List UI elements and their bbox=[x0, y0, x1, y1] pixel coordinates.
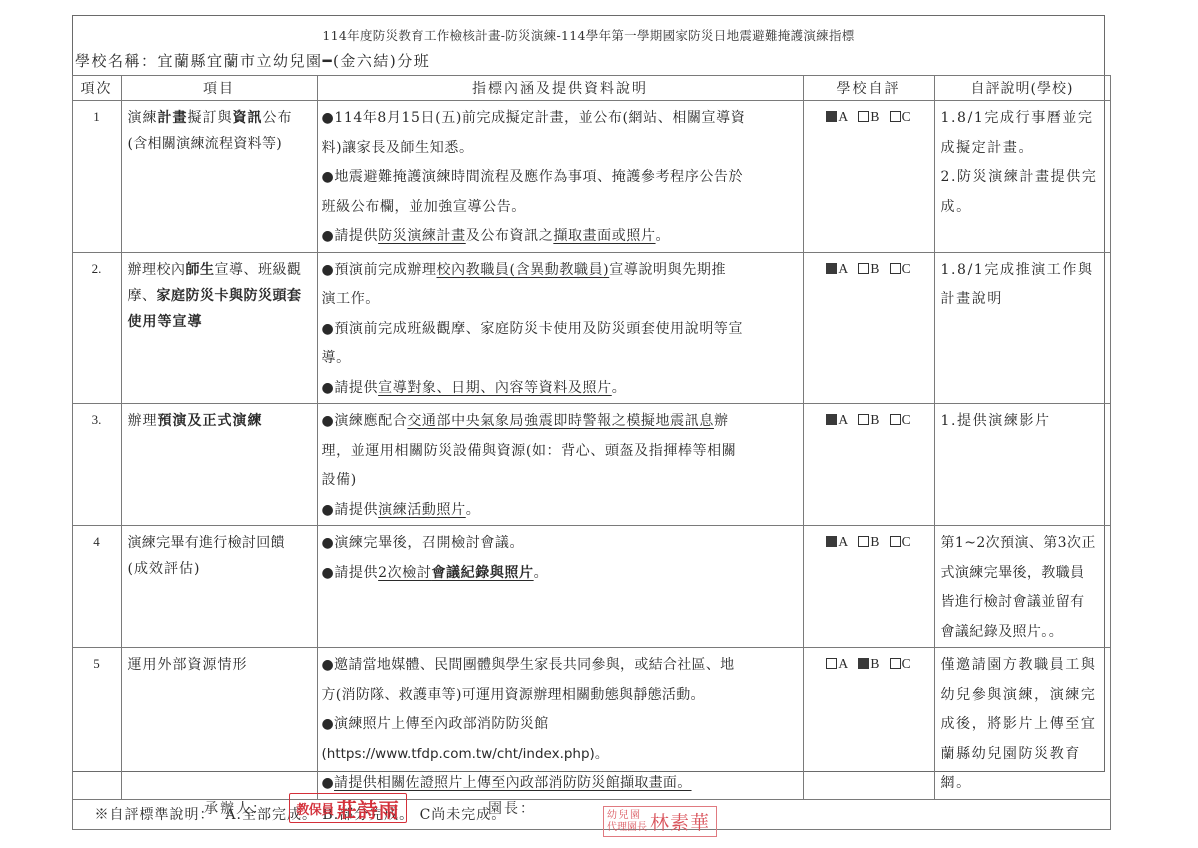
self-eval-options: A B C bbox=[803, 404, 934, 526]
option-c[interactable]: C bbox=[890, 412, 911, 427]
table-row: 5 運用外部資源情形 ●邀請當地媒體、民間團體與學生家長共同參與，或結合社區、地… bbox=[72, 648, 1110, 800]
self-eval-note: 第1~2次預演、第3次正 式演練完畢後，教職員 皆進行檢討會議並留有 會議紀錄及… bbox=[934, 526, 1110, 648]
self-eval-options: A B C bbox=[803, 526, 934, 648]
option-b[interactable]: B bbox=[858, 109, 879, 124]
document-title: 114年度防災教育工作檢核計畫-防災演練-114學年第一學期國家防災日地震避難掩… bbox=[73, 26, 1104, 44]
option-c[interactable]: C bbox=[890, 109, 911, 124]
provide-underlined: 擷取畫面或照片 bbox=[553, 228, 655, 244]
self-eval-options: A B C bbox=[803, 648, 934, 800]
indicator-line: 演工作。 bbox=[322, 285, 799, 315]
row-number: 3. bbox=[72, 404, 121, 526]
checkbox-checked-icon[interactable] bbox=[826, 414, 837, 425]
item-text-bold: 使用等宣導 bbox=[128, 309, 313, 335]
note-line: 第1~2次預演、第3次正 bbox=[941, 529, 1106, 559]
item-text-bold: 預演及正式演練 bbox=[158, 413, 263, 429]
provide-prefix: ●請提供 bbox=[322, 380, 379, 396]
row-number: 4 bbox=[72, 526, 121, 648]
provide-underlined: 2次檢討 bbox=[378, 565, 431, 581]
note-line: 幼兒參與演練，演練完 bbox=[941, 681, 1106, 711]
provide-prefix: ● bbox=[322, 775, 335, 791]
note-line: 計畫說明 bbox=[941, 285, 1106, 315]
option-label: C bbox=[902, 534, 911, 549]
option-a[interactable]: A bbox=[826, 656, 848, 671]
indicator-text: 宣導說明與先期推 bbox=[609, 262, 726, 278]
provide-underlined: 防災演練計畫 bbox=[378, 228, 466, 244]
note-line: 2.防災演練計畫提供完 bbox=[941, 163, 1106, 193]
self-eval-note: 1.提供演練影片 bbox=[934, 404, 1110, 526]
document-frame: 114年度防災教育工作檢核計畫-防災演練-114學年第一學期國家防災日地震避難掩… bbox=[72, 15, 1105, 772]
note-line: 皆進行檢討會議並留有 bbox=[941, 588, 1106, 618]
item-text: 辦理 bbox=[128, 413, 158, 429]
item-text: 演練完畢有進行檢討回饋 bbox=[128, 530, 313, 556]
table-row: 4 演練完畢有進行檢討回饋 (成效評估) ●演練完畢後，召開檢討會議。 ●請提供… bbox=[72, 526, 1110, 648]
row-item: 演練完畢有進行檢討回饋 (成效評估) bbox=[121, 526, 317, 648]
indicator-line: ●演練照片上傳至內政部消防防災館 bbox=[322, 710, 799, 740]
checkbox-checked-icon[interactable] bbox=[826, 536, 837, 547]
row-indicator: ●預演前完成辦理校內教職員(含異動教職員)宣導說明與先期推 演工作。 ●預演前完… bbox=[317, 252, 803, 404]
header-self-eval-note: 自評說明(學校) bbox=[934, 76, 1110, 101]
director-label: 園長： bbox=[488, 798, 536, 818]
indicator-text: ●預演前完成辦理 bbox=[322, 262, 437, 278]
self-eval-note: 僅邀請園方教職員工與 幼兒參與演練，演練完 成後，將影片上傳至宜 蘭縣幼兒園防災… bbox=[934, 648, 1110, 800]
note-line: 式演練完畢後，教職員 bbox=[941, 559, 1106, 589]
provide-suffix: 。 bbox=[656, 228, 671, 244]
header-self-eval: 學校自評 bbox=[803, 76, 934, 101]
indicator-line: 設備) bbox=[322, 466, 799, 496]
indicator-line: ●114年8月15日(五)前完成擬定計畫，並公布(網站、相關宣導資 bbox=[322, 104, 799, 134]
indicator-line: 理，並運用相關防災設備與資源(如：背心、頭盔及指揮棒等相關 bbox=[322, 437, 799, 467]
note-line: 1.8/1完成行事曆並完 bbox=[941, 104, 1106, 134]
option-a[interactable]: A bbox=[826, 261, 848, 276]
item-text: 擬訂與 bbox=[188, 110, 233, 126]
indicator-line: ●邀請當地媒體、民間團體與學生家長共同參與，或結合社區、地 bbox=[322, 651, 799, 681]
director-seal: 幼兒園 代理園長 林素華 bbox=[603, 806, 717, 837]
table-header-row: 項次 項目 指標內涵及提供資料說明 學校自評 自評說明(學校) bbox=[72, 76, 1110, 101]
provide-underlined-bold: 會議紀錄與照片 bbox=[431, 565, 533, 581]
self-eval-options: A B C bbox=[803, 252, 934, 404]
checkbox-empty-icon[interactable] bbox=[890, 414, 901, 425]
note-line: 成後，將影片上傳至宜 bbox=[941, 710, 1106, 740]
checkbox-checked-icon[interactable] bbox=[826, 111, 837, 122]
item-text-bold: 資訊 bbox=[233, 110, 263, 126]
handler-seal-name: 莊詩雨 bbox=[337, 794, 400, 823]
provide-prefix: ●請提供 bbox=[322, 502, 379, 518]
checkbox-empty-icon[interactable] bbox=[890, 111, 901, 122]
row-number: 1 bbox=[72, 101, 121, 253]
option-b[interactable]: B bbox=[858, 534, 879, 549]
provide-underlined: 請提供相關佐證照片上傳至內政部消防防災館擷取畫面。 bbox=[334, 775, 692, 791]
note-line: 蘭縣幼兒園防災教育 bbox=[941, 740, 1106, 770]
provide-underlined: 宣導對象、日期、內容等資料及照片 bbox=[378, 380, 612, 396]
option-label: A bbox=[838, 109, 848, 124]
option-c[interactable]: C bbox=[890, 261, 911, 276]
indicator-url-line: (https://www.tfdp.com.tw/cht/index.php)。 bbox=[322, 740, 799, 770]
provide-line: ●請提供演練活動照片。 bbox=[322, 496, 799, 526]
row-item: 辦理預演及正式演練 bbox=[121, 404, 317, 526]
checkbox-empty-icon[interactable] bbox=[890, 536, 901, 547]
item-text: 演練 bbox=[128, 110, 158, 126]
indicator-text: 辦 bbox=[714, 413, 729, 429]
table-row: 2. 辦理校內師生宣導、班級觀 摩、家庭防災卡與防災頭套 使用等宣導 ●預演前完… bbox=[72, 252, 1110, 404]
checkbox-empty-icon[interactable] bbox=[858, 536, 869, 547]
indicator-underlined: 交通部中央氣象局強震即時警報之模擬地震訊息 bbox=[407, 413, 714, 429]
indicator-table: 項次 項目 指標內涵及提供資料說明 學校自評 自評說明(學校) 1 演練計畫擬訂… bbox=[72, 75, 1111, 830]
item-text-bold: 家庭防災卡與防災頭套 bbox=[157, 288, 302, 304]
indicator-line: ●預演前完成辦理校內教職員(含異動教職員)宣導說明與先期推 bbox=[322, 256, 799, 286]
item-text: 辦理校內 bbox=[128, 262, 186, 278]
provide-mid: 及公布資訊之 bbox=[466, 228, 554, 244]
header-no: 項次 bbox=[72, 76, 121, 101]
indicator-line: 方(消防隊、救護車等)可運用資源辦理相關動態與靜態活動。 bbox=[322, 681, 799, 711]
school-name: 宜蘭縣宜蘭市立幼兒園━(金六結)分班 bbox=[158, 52, 431, 70]
director-seal-line2: 代理園長 bbox=[607, 822, 647, 834]
indicator-line: 料)讓家長及師生知悉。 bbox=[322, 134, 799, 164]
option-a[interactable]: A bbox=[826, 109, 848, 124]
header-indicator: 指標內涵及提供資料說明 bbox=[317, 76, 803, 101]
option-a[interactable]: A bbox=[826, 534, 848, 549]
indicator-line: ●演練完畢後，召開檢討會議。 bbox=[322, 529, 799, 559]
option-label: B bbox=[870, 109, 879, 124]
item-text: 宣導、班級觀 bbox=[215, 262, 302, 278]
checkbox-empty-icon[interactable] bbox=[858, 414, 869, 425]
school-label: 學校名稱： bbox=[75, 52, 158, 70]
item-text-bold: 師生 bbox=[186, 262, 215, 278]
row-item: 演練計畫擬訂與資訊公布 (含相關演練流程資料等) bbox=[121, 101, 317, 253]
director-seal-name: 林素華 bbox=[650, 808, 710, 835]
header-item: 項目 bbox=[121, 76, 317, 101]
checkbox-empty-icon[interactable] bbox=[858, 111, 869, 122]
provide-suffix: 。 bbox=[612, 380, 627, 396]
item-text: 摩、 bbox=[128, 288, 157, 304]
indicator-text: ●演練應配合 bbox=[322, 413, 408, 429]
table-row: 3. 辦理預演及正式演練 ●演練應配合交通部中央氣象局強震即時警報之模擬地震訊息… bbox=[72, 404, 1110, 526]
option-b[interactable]: B bbox=[858, 261, 879, 276]
checkbox-empty-icon[interactable] bbox=[890, 658, 901, 669]
note-line: 1.8/1完成推演工作與 bbox=[941, 256, 1106, 286]
option-label: A bbox=[838, 261, 848, 276]
option-label: C bbox=[902, 109, 911, 124]
indicator-underlined: 校內教職員(含異動教職員) bbox=[437, 262, 610, 278]
self-eval-note: 1.8/1完成推演工作與 計畫說明 bbox=[934, 252, 1110, 404]
note-line: 網。 bbox=[941, 769, 1106, 799]
option-label: B bbox=[870, 412, 879, 427]
item-text: 運用外部資源情形 bbox=[128, 652, 313, 678]
row-number: 2. bbox=[72, 252, 121, 404]
item-text: 公布 bbox=[263, 110, 293, 126]
item-text-bold: 計畫 bbox=[158, 110, 188, 126]
row-number: 5 bbox=[72, 648, 121, 800]
indicator-line: 班級公布欄，並加強宣導公告。 bbox=[322, 193, 799, 223]
note-line: 成。 bbox=[941, 193, 1106, 223]
option-label: B bbox=[870, 656, 879, 671]
item-text: (含相關演練流程資料等) bbox=[128, 131, 313, 157]
handler-label: 承辦人： bbox=[204, 798, 268, 818]
row-indicator: ●114年8月15日(五)前完成擬定計畫，並公布(網站、相關宣導資 料)讓家長及… bbox=[317, 101, 803, 253]
row-indicator: ●演練應配合交通部中央氣象局強震即時警報之模擬地震訊息辦 理，並運用相關防災設備… bbox=[317, 404, 803, 526]
note-line: 僅邀請園方教職員工與 bbox=[941, 651, 1106, 681]
provide-line: ●請提供2次檢討會議紀錄與照片。 bbox=[322, 559, 799, 589]
option-a[interactable]: A bbox=[826, 412, 848, 427]
provide-suffix: 。 bbox=[534, 565, 549, 581]
option-label: A bbox=[838, 656, 848, 671]
row-item: 運用外部資源情形 bbox=[121, 648, 317, 800]
checkbox-checked-icon[interactable] bbox=[826, 263, 837, 274]
checkbox-empty-icon[interactable] bbox=[826, 658, 837, 669]
option-label: C bbox=[902, 656, 911, 671]
checkbox-checked-icon[interactable] bbox=[858, 658, 869, 669]
option-c[interactable]: C bbox=[890, 534, 911, 549]
option-label: A bbox=[838, 534, 848, 549]
item-text: (成效評估) bbox=[128, 556, 313, 582]
row-indicator: ●演練完畢後，召開檢討會議。 ●請提供2次檢討會議紀錄與照片。 bbox=[317, 526, 803, 648]
handler-seal-title: 教保員 bbox=[296, 799, 334, 818]
handler-seal: 教保員 莊詩雨 bbox=[289, 793, 407, 823]
provide-line: ●請提供防災演練計畫及公布資訊之擷取畫面或照片。 bbox=[322, 222, 799, 252]
indicator-line: ●預演前完成班級觀摩、家庭防災卡使用及防災頭套使用說明等宣 bbox=[322, 315, 799, 345]
option-label: C bbox=[902, 261, 911, 276]
provide-line: ●請提供宣導對象、日期、內容等資料及照片。 bbox=[322, 374, 799, 404]
checkbox-empty-icon[interactable] bbox=[858, 263, 869, 274]
row-indicator: ●邀請當地媒體、民間團體與學生家長共同參與，或結合社區、地 方(消防隊、救護車等… bbox=[317, 648, 803, 800]
note-line: 成擬定計畫。 bbox=[941, 134, 1106, 164]
option-b[interactable]: B bbox=[858, 656, 879, 671]
option-label: C bbox=[902, 412, 911, 427]
option-label: A bbox=[838, 412, 848, 427]
table-row: 1 演練計畫擬訂與資訊公布 (含相關演練流程資料等) ●114年8月15日(五)… bbox=[72, 101, 1110, 253]
row-item: 辦理校內師生宣導、班級觀 摩、家庭防災卡與防災頭套 使用等宣導 bbox=[121, 252, 317, 404]
indicator-line: 導。 bbox=[322, 344, 799, 374]
provide-suffix: 。 bbox=[466, 502, 481, 518]
director-seal-line1: 幼兒園 bbox=[607, 810, 647, 822]
note-line: 1.提供演練影片 bbox=[941, 407, 1106, 437]
school-name-line: 學校名稱：宜蘭縣宜蘭市立幼兒園━(金六結)分班 bbox=[75, 50, 430, 71]
indicator-line: ●地震避難掩護演練時間流程及應作為事項、掩護參考程序公告於 bbox=[322, 163, 799, 193]
provide-underlined: 演練活動照片 bbox=[378, 502, 466, 518]
option-b[interactable]: B bbox=[858, 412, 879, 427]
self-eval-note: 1.8/1完成行事曆並完 成擬定計畫。 2.防災演練計畫提供完 成。 bbox=[934, 101, 1110, 253]
indicator-line: ●演練應配合交通部中央氣象局強震即時警報之模擬地震訊息辦 bbox=[322, 407, 799, 437]
checkbox-empty-icon[interactable] bbox=[890, 263, 901, 274]
director-seal-titles: 幼兒園 代理園長 bbox=[607, 810, 647, 834]
provide-prefix: ●請提供 bbox=[322, 228, 379, 244]
option-c[interactable]: C bbox=[890, 656, 911, 671]
option-label: B bbox=[870, 534, 879, 549]
option-label: B bbox=[870, 261, 879, 276]
provide-prefix: ●請提供 bbox=[322, 565, 379, 581]
self-eval-options: A B C bbox=[803, 101, 934, 253]
note-line: 會議紀錄及照片。。 bbox=[941, 618, 1106, 648]
